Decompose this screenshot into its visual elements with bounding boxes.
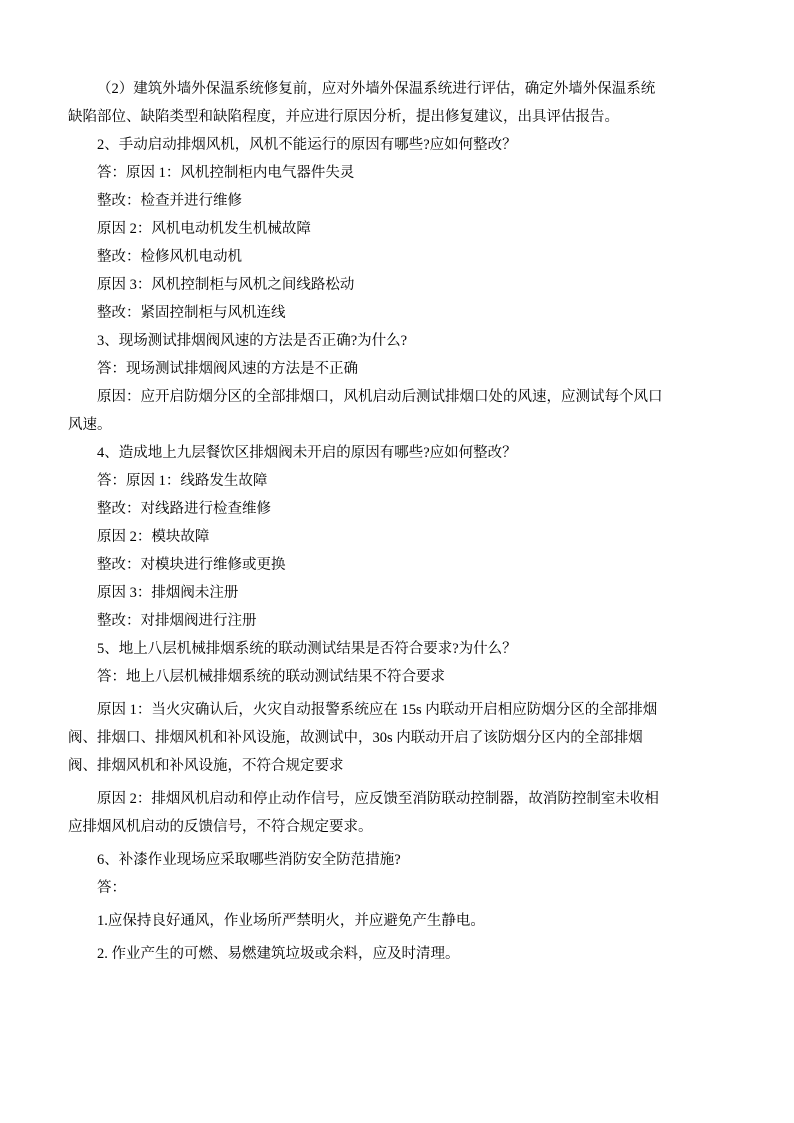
answer-2-cause-2: 原因 2：风机电动机发生机械故障 [68, 215, 668, 243]
answer-6-item-2: 2. 作业产生的可燃、易燃建筑垃圾或余料，应及时清理。 [68, 940, 668, 968]
answer-5-reason-2: 原因 2：排烟风机启动和停止动作信号，应反馈至消防联动控制器，故消防控制室未收相… [68, 785, 668, 841]
question-2: 2、手动启动排烟风机，风机不能运行的原因有哪些?应如何整改？ [68, 131, 668, 159]
answer-4-cause-2: 原因 2：模块故障 [68, 523, 668, 551]
answer-6-label: 答： [68, 874, 668, 902]
question-3: 3、现场测试排烟阀风速的方法是否正确?为什么? [68, 327, 668, 355]
answer-4-fix-1: 整改：对线路进行检查维修 [68, 495, 668, 523]
document-body: （2）建筑外墙外保温系统修复前，应对外墙外保温系统进行评估，确定外墙外保温系统缺… [68, 75, 668, 968]
answer-2-fix-1: 整改：检查并进行维修 [68, 187, 668, 215]
answer-2-cause-1: 答：原因 1：风机控制柜内电气器件失灵 [68, 159, 668, 187]
answer-4-fix-3: 整改：对排烟阀进行注册 [68, 607, 668, 635]
answer-2-cause-3: 原因 3：风机控制柜与风机之间线路松动 [68, 271, 668, 299]
answer-6-item-1: 1.应保持良好通风，作业场所严禁明火，并应避免产生静电。 [68, 907, 668, 935]
answer-2-fix-2: 整改：检修风机电动机 [68, 243, 668, 271]
question-6: 6、补漆作业现场应采取哪些消防安全防范措施? [68, 846, 668, 874]
answer-3: 答：现场测试排烟阀风速的方法是不正确 [68, 355, 668, 383]
answer-5: 答：地上八层机械排烟系统的联动测试结果不符合要求 [68, 663, 668, 691]
answer-4-cause-1: 答：原因 1：线路发生故障 [68, 467, 668, 495]
question-5: 5、地上八层机械排烟系统的联动测试结果是否符合要求?为什么？ [68, 635, 668, 663]
document-page: （2）建筑外墙外保温系统修复前，应对外墙外保温系统进行评估，确定外墙外保温系统缺… [0, 0, 794, 1123]
answer-2-fix-3: 整改：紧固控制柜与风机连线 [68, 299, 668, 327]
answer-4-cause-3: 原因 3：排烟阀未注册 [68, 579, 668, 607]
answer-5-reason-1: 原因 1：当火灾确认后，火灾自动报警系统应在 15s 内联动开启相应防烟分区的全… [68, 696, 668, 780]
question-4: 4、造成地上九层餐饮区排烟阀未开启的原因有哪些?应如何整改？ [68, 439, 668, 467]
note-insulation-repair: （2）建筑外墙外保温系统修复前，应对外墙外保温系统进行评估，确定外墙外保温系统缺… [68, 75, 668, 131]
answer-4-fix-2: 整改：对模块进行维修或更换 [68, 551, 668, 579]
answer-3-reason: 原因：应开启防烟分区的全部排烟口，风机启动后测试排烟口处的风速，应测试每个风口风… [68, 383, 668, 439]
